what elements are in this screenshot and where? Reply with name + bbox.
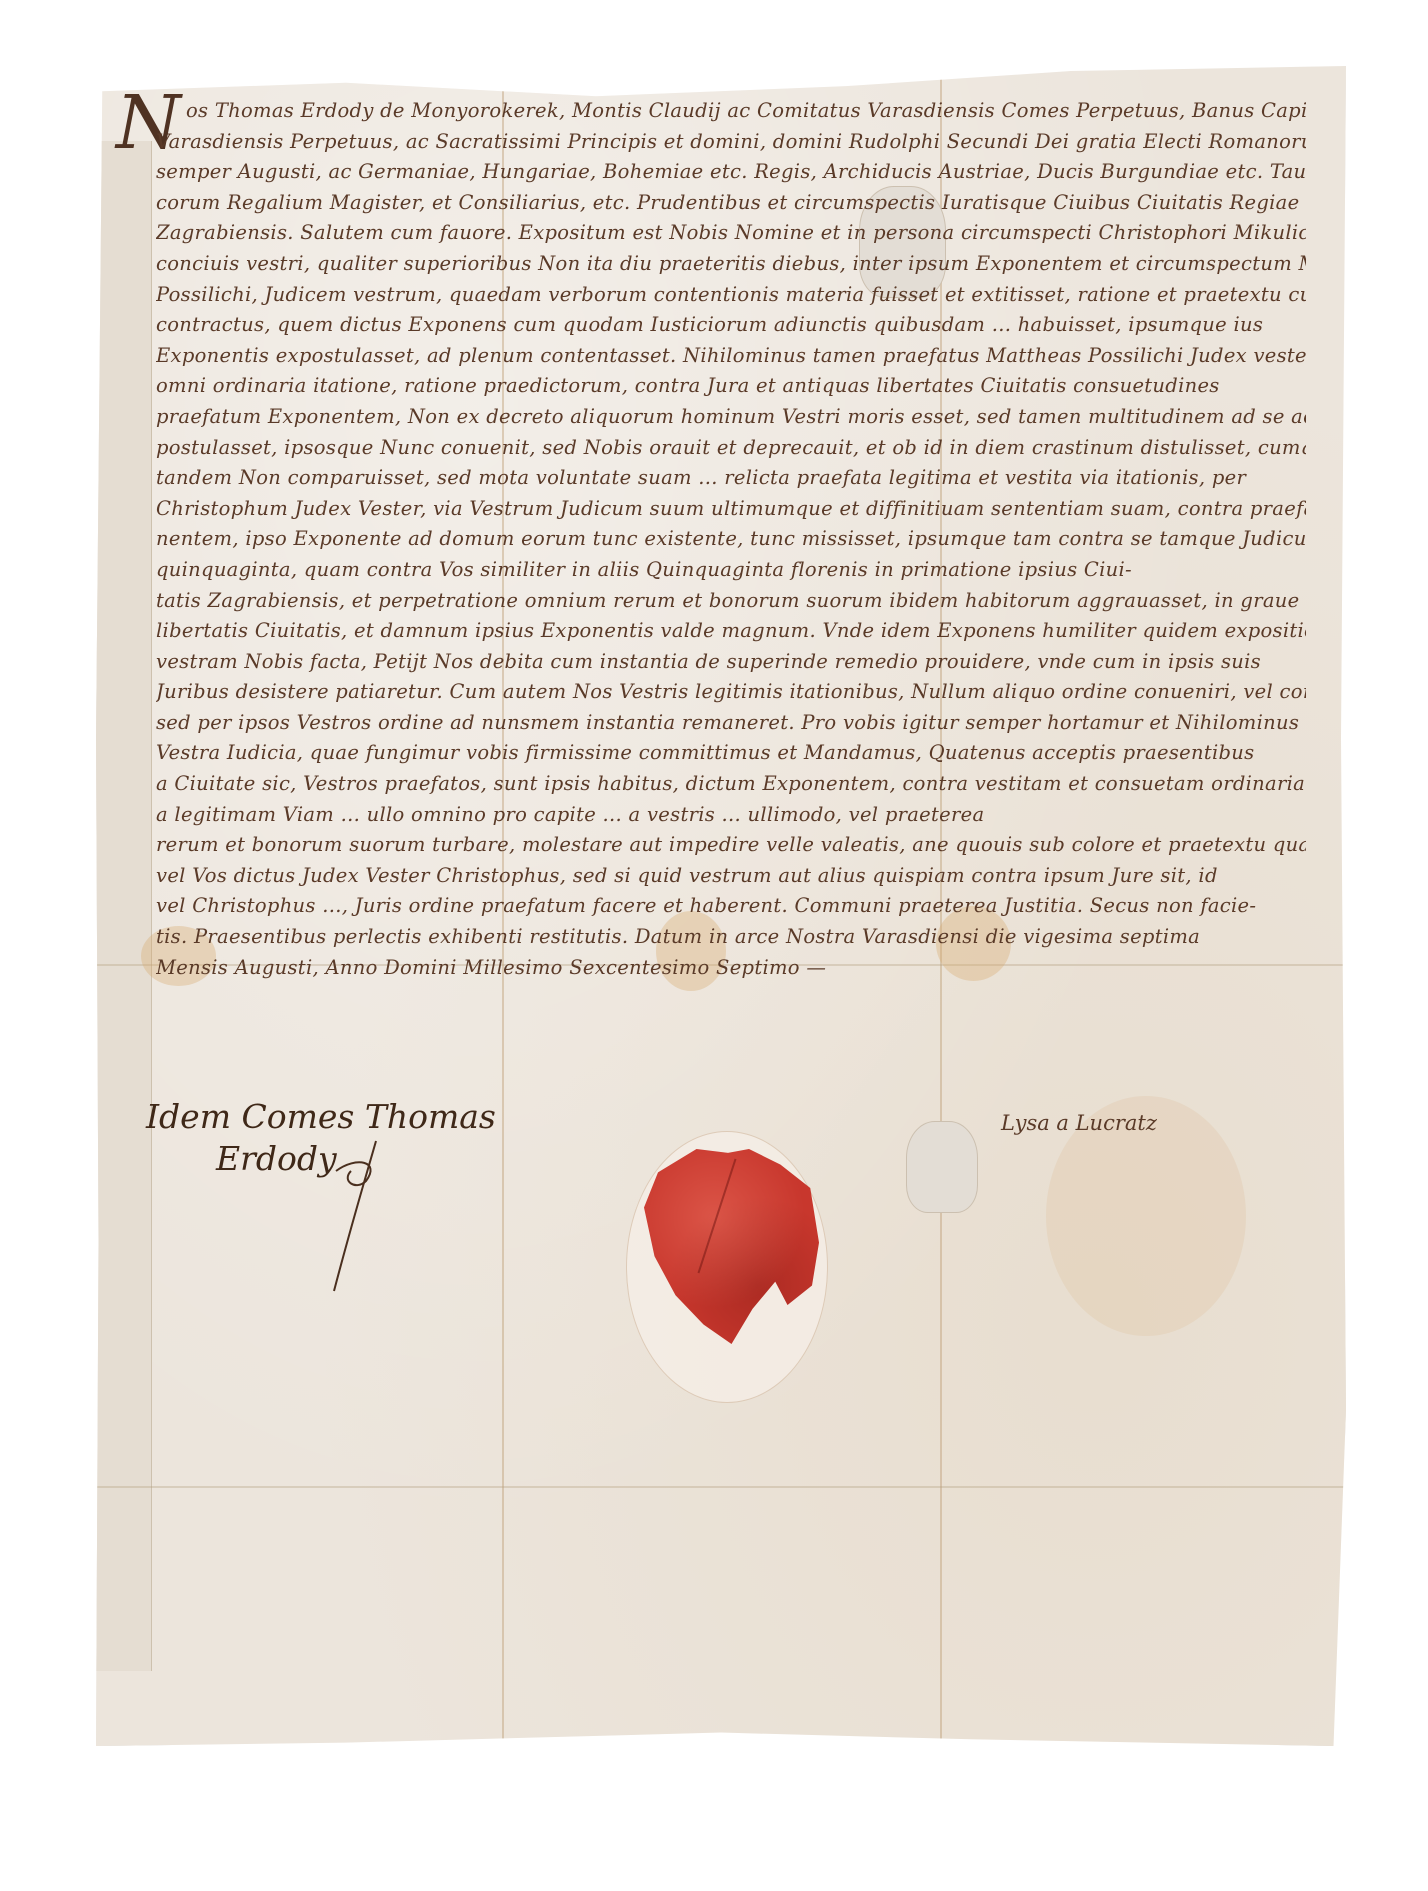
text-line: contractus, quem dictus Exponens cum quo… [156,310,1306,341]
text-line: semper Augusti, ac Germaniae, Hungariae,… [156,157,1306,188]
text-line: vestram Nobis facta, Petijt Nos debita c… [156,647,1306,678]
signature-flourish-icon [326,1136,386,1296]
text-line: rerum et bonorum suorum turbare, molesta… [156,830,1306,861]
text-line: vel Christophus ..., Juris ordine praefa… [156,891,1306,922]
text-line: Varasdiensis Perpetuus, ac Sacratissimi … [156,127,1306,158]
text-line: vel Vos dictus Judex Vester Christophus,… [156,861,1306,892]
signature-line-2: Erdody [146,1138,496,1180]
text-line: postulasset, ipsosque Nunc conuenit, sed… [156,433,1306,464]
text-line: tatis Zagrabiensis, et perpetratione omn… [156,586,1306,617]
text-line: Christophum Judex Vester, via Vestrum Ju… [156,494,1306,525]
text-line: Possilichi, Judicem vestrum, quaedam ver… [156,280,1306,311]
text-line: tandem Non comparuisset, sed mota volunt… [156,463,1306,494]
text-line: a legitimam Viam ... ullo omnino pro cap… [156,800,1306,831]
text-line: praefatum Exponentem, Non ex decreto ali… [156,402,1306,433]
text-line: quinquaginta, quam contra Vos similiter … [156,555,1306,586]
text-line: corum Regalium Magister, et Consiliarius… [156,188,1306,219]
horizontal-fold-line [96,1486,1346,1488]
letter-body: os Thomas Erdody de Monyorokerek, Montis… [156,96,1306,983]
manuscript-page: N os Thomas Erdody de Monyorokerek, Mont… [96,66,1346,1746]
text-line: a Ciuitate sic, Vestros praefatos, sunt … [156,769,1306,800]
text-line: Mensis Augusti, Anno Domini Millesimo Se… [156,953,1306,984]
text-line: Zagrabiensis. Salutem cum fauore. Exposi… [156,218,1306,249]
text-line: os Thomas Erdody de Monyorokerek, Montis… [156,96,1306,127]
signature-erdody: Idem Comes Thomas Erdody [146,1096,496,1180]
signature-line-1: Idem Comes Thomas [146,1097,496,1136]
text-line: nentem, ipso Exponente ad domum eorum tu… [156,524,1306,555]
folded-left-strip [96,141,152,1671]
text-line: omni ordinaria itatione, ratione praedic… [156,371,1306,402]
text-line: Juribus desistere patiaretur. Cum autem … [156,677,1306,708]
secretary-signature: Lysa a Lucratz [1001,1111,1157,1135]
text-line: Exponentis expostulasset, ad plenum cont… [156,341,1306,372]
text-line: tis. Praesentibus perlectis exhibenti re… [156,922,1306,953]
text-line: sed per ipsos Vestros ordine ad nunsmem … [156,708,1306,739]
text-line: libertatis Ciuitatis, et damnum ipsius E… [156,616,1306,647]
text-line: Vestra Iudicia, quae fungimur vobis firm… [156,738,1306,769]
text-line: conciuis vestri, qualiter superioribus N… [156,249,1306,280]
paper-repair-patch [906,1121,978,1213]
